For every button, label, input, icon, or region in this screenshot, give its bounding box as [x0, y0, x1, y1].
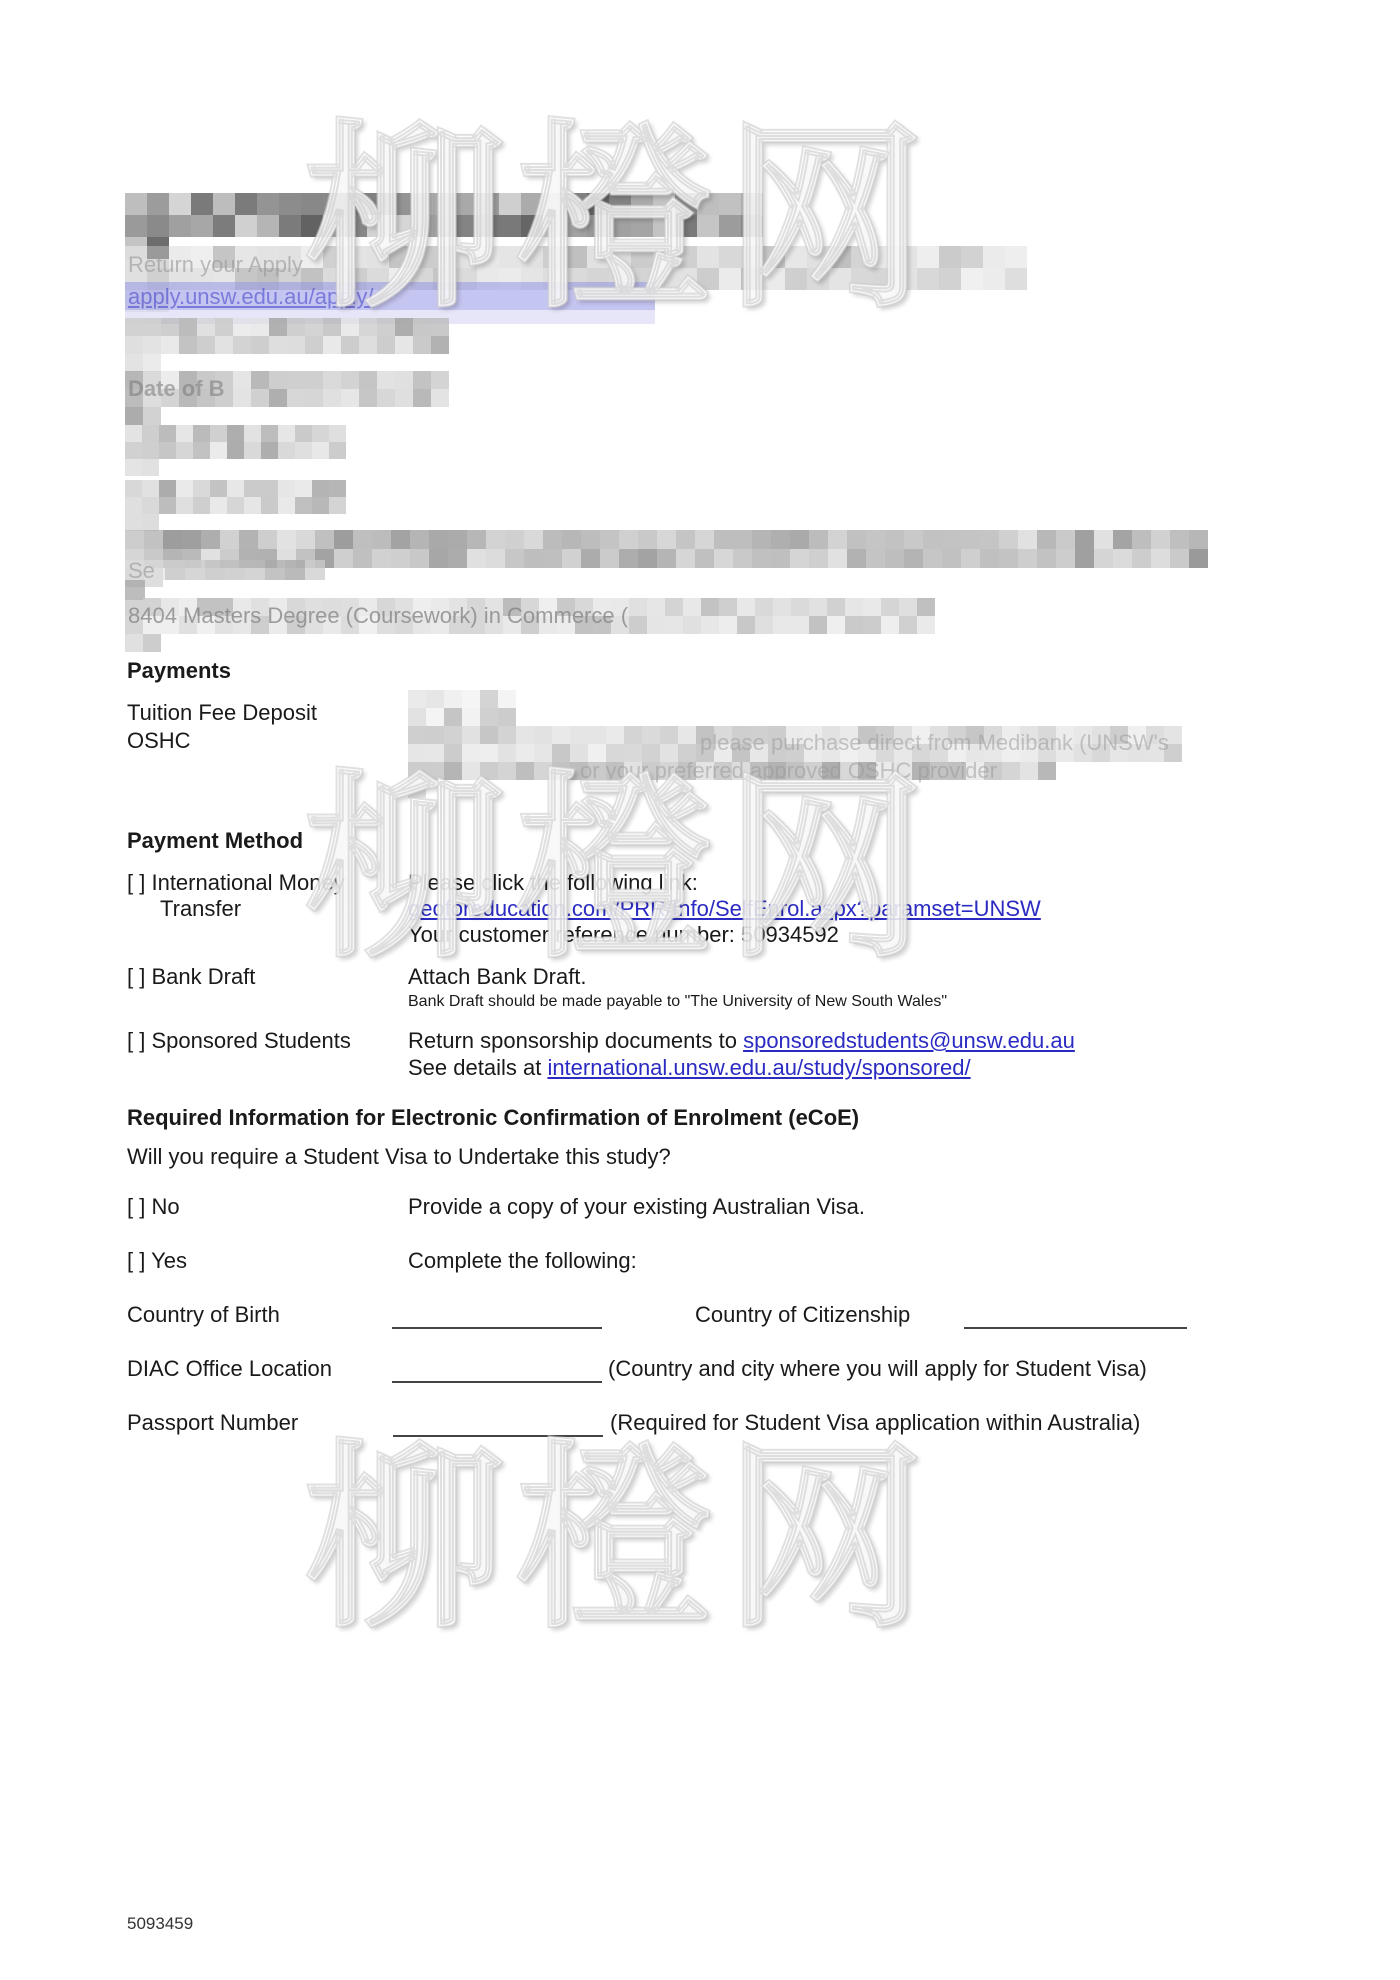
payment-item-tuition: Tuition Fee Deposit — [127, 700, 317, 726]
transfer-instruction: Please click the following link: — [408, 870, 698, 896]
payment-item-oshc: OSHC — [127, 728, 191, 754]
return-label-fragment: Return your Apply — [128, 252, 303, 278]
payment-method-heading: Payment Method — [127, 828, 303, 854]
label-international-transfer: International Money — [151, 870, 344, 895]
sponsored-email-link[interactable]: sponsoredstudents@unsw.edu.au — [743, 1028, 1075, 1053]
checkbox-bank-draft[interactable]: [ ] — [127, 964, 145, 989]
label-international-transfer-line2: Transfer — [160, 896, 241, 922]
visa-yes-text: Complete the following: — [408, 1248, 637, 1274]
redacted-semester-line — [125, 560, 335, 580]
sponsorship-details-prefix: See details at — [408, 1055, 547, 1080]
passport-number-field[interactable] — [393, 1413, 603, 1437]
label-sponsored-students: Sponsored Students — [151, 1028, 350, 1053]
checkbox-international-transfer[interactable]: [ ] — [127, 870, 145, 895]
sponsored-details-link[interactable]: international.unsw.edu.au/study/sponsore… — [547, 1055, 970, 1080]
oshc-fragment-2: or your preferred approved OSHC provider — [580, 758, 997, 784]
visa-no-text: Provide a copy of your existing Australi… — [408, 1194, 865, 1220]
bank-draft-note: Bank Draft should be made payable to "Th… — [408, 992, 947, 1012]
diac-office-field[interactable] — [392, 1359, 602, 1383]
redacted-block-1 — [125, 425, 355, 459]
program-fragment: 8404 Masters Degree (Coursework) in Comm… — [128, 603, 628, 629]
customer-reference: Your customer reference number: 50934592 — [408, 922, 839, 948]
checkbox-visa-yes[interactable]: [ ] — [127, 1248, 145, 1273]
checkbox-visa-no[interactable]: [ ] — [127, 1194, 145, 1219]
checkbox-sponsored-students[interactable]: [ ] — [127, 1028, 145, 1053]
ecoe-heading: Required Information for Electronic Conf… — [127, 1105, 859, 1131]
label-bank-draft: Bank Draft — [151, 964, 255, 989]
document-id: 5093459 — [127, 1914, 193, 1934]
passport-number-label: Passport Number — [127, 1410, 298, 1436]
oshc-fragment-1: please purchase direct from Medibank (UN… — [700, 730, 1169, 756]
diac-office-label: DIAC Office Location — [127, 1356, 332, 1382]
semester-fragment: Se — [128, 558, 155, 584]
country-of-citizenship-label: Country of Citizenship — [695, 1302, 910, 1328]
redacted-name-line — [125, 318, 455, 354]
redacted-title — [125, 193, 765, 231]
passport-number-note: (Required for Student Visa application w… — [610, 1410, 1140, 1436]
apply-link[interactable]: apply.unsw.edu.au/apply/ — [128, 284, 373, 310]
watermark-bottom: 柳橙网 — [305, 1440, 935, 1640]
country-of-birth-field[interactable] — [392, 1305, 602, 1329]
dob-label-fragment: Date of B — [128, 376, 225, 402]
redacted-oshc-amount — [408, 690, 528, 726]
country-of-citizenship-field[interactable] — [964, 1305, 1187, 1329]
geoforeducation-link[interactable]: geoforeducation.com/PRR/Info/SelfEnrol.a… — [408, 896, 1041, 922]
payments-heading: Payments — [127, 658, 231, 684]
visa-question: Will you require a Student Visa to Under… — [127, 1144, 671, 1170]
label-visa-yes: Yes — [151, 1248, 187, 1273]
bank-draft-instruction: Attach Bank Draft. — [408, 964, 587, 990]
diac-office-note: (Country and city where you will apply f… — [608, 1356, 1147, 1382]
redacted-block-2 — [125, 480, 355, 514]
sponsorship-instruction: Return sponsorship documents to — [408, 1028, 743, 1053]
label-visa-no: No — [151, 1194, 179, 1219]
country-of-birth-label: Country of Birth — [127, 1302, 280, 1328]
